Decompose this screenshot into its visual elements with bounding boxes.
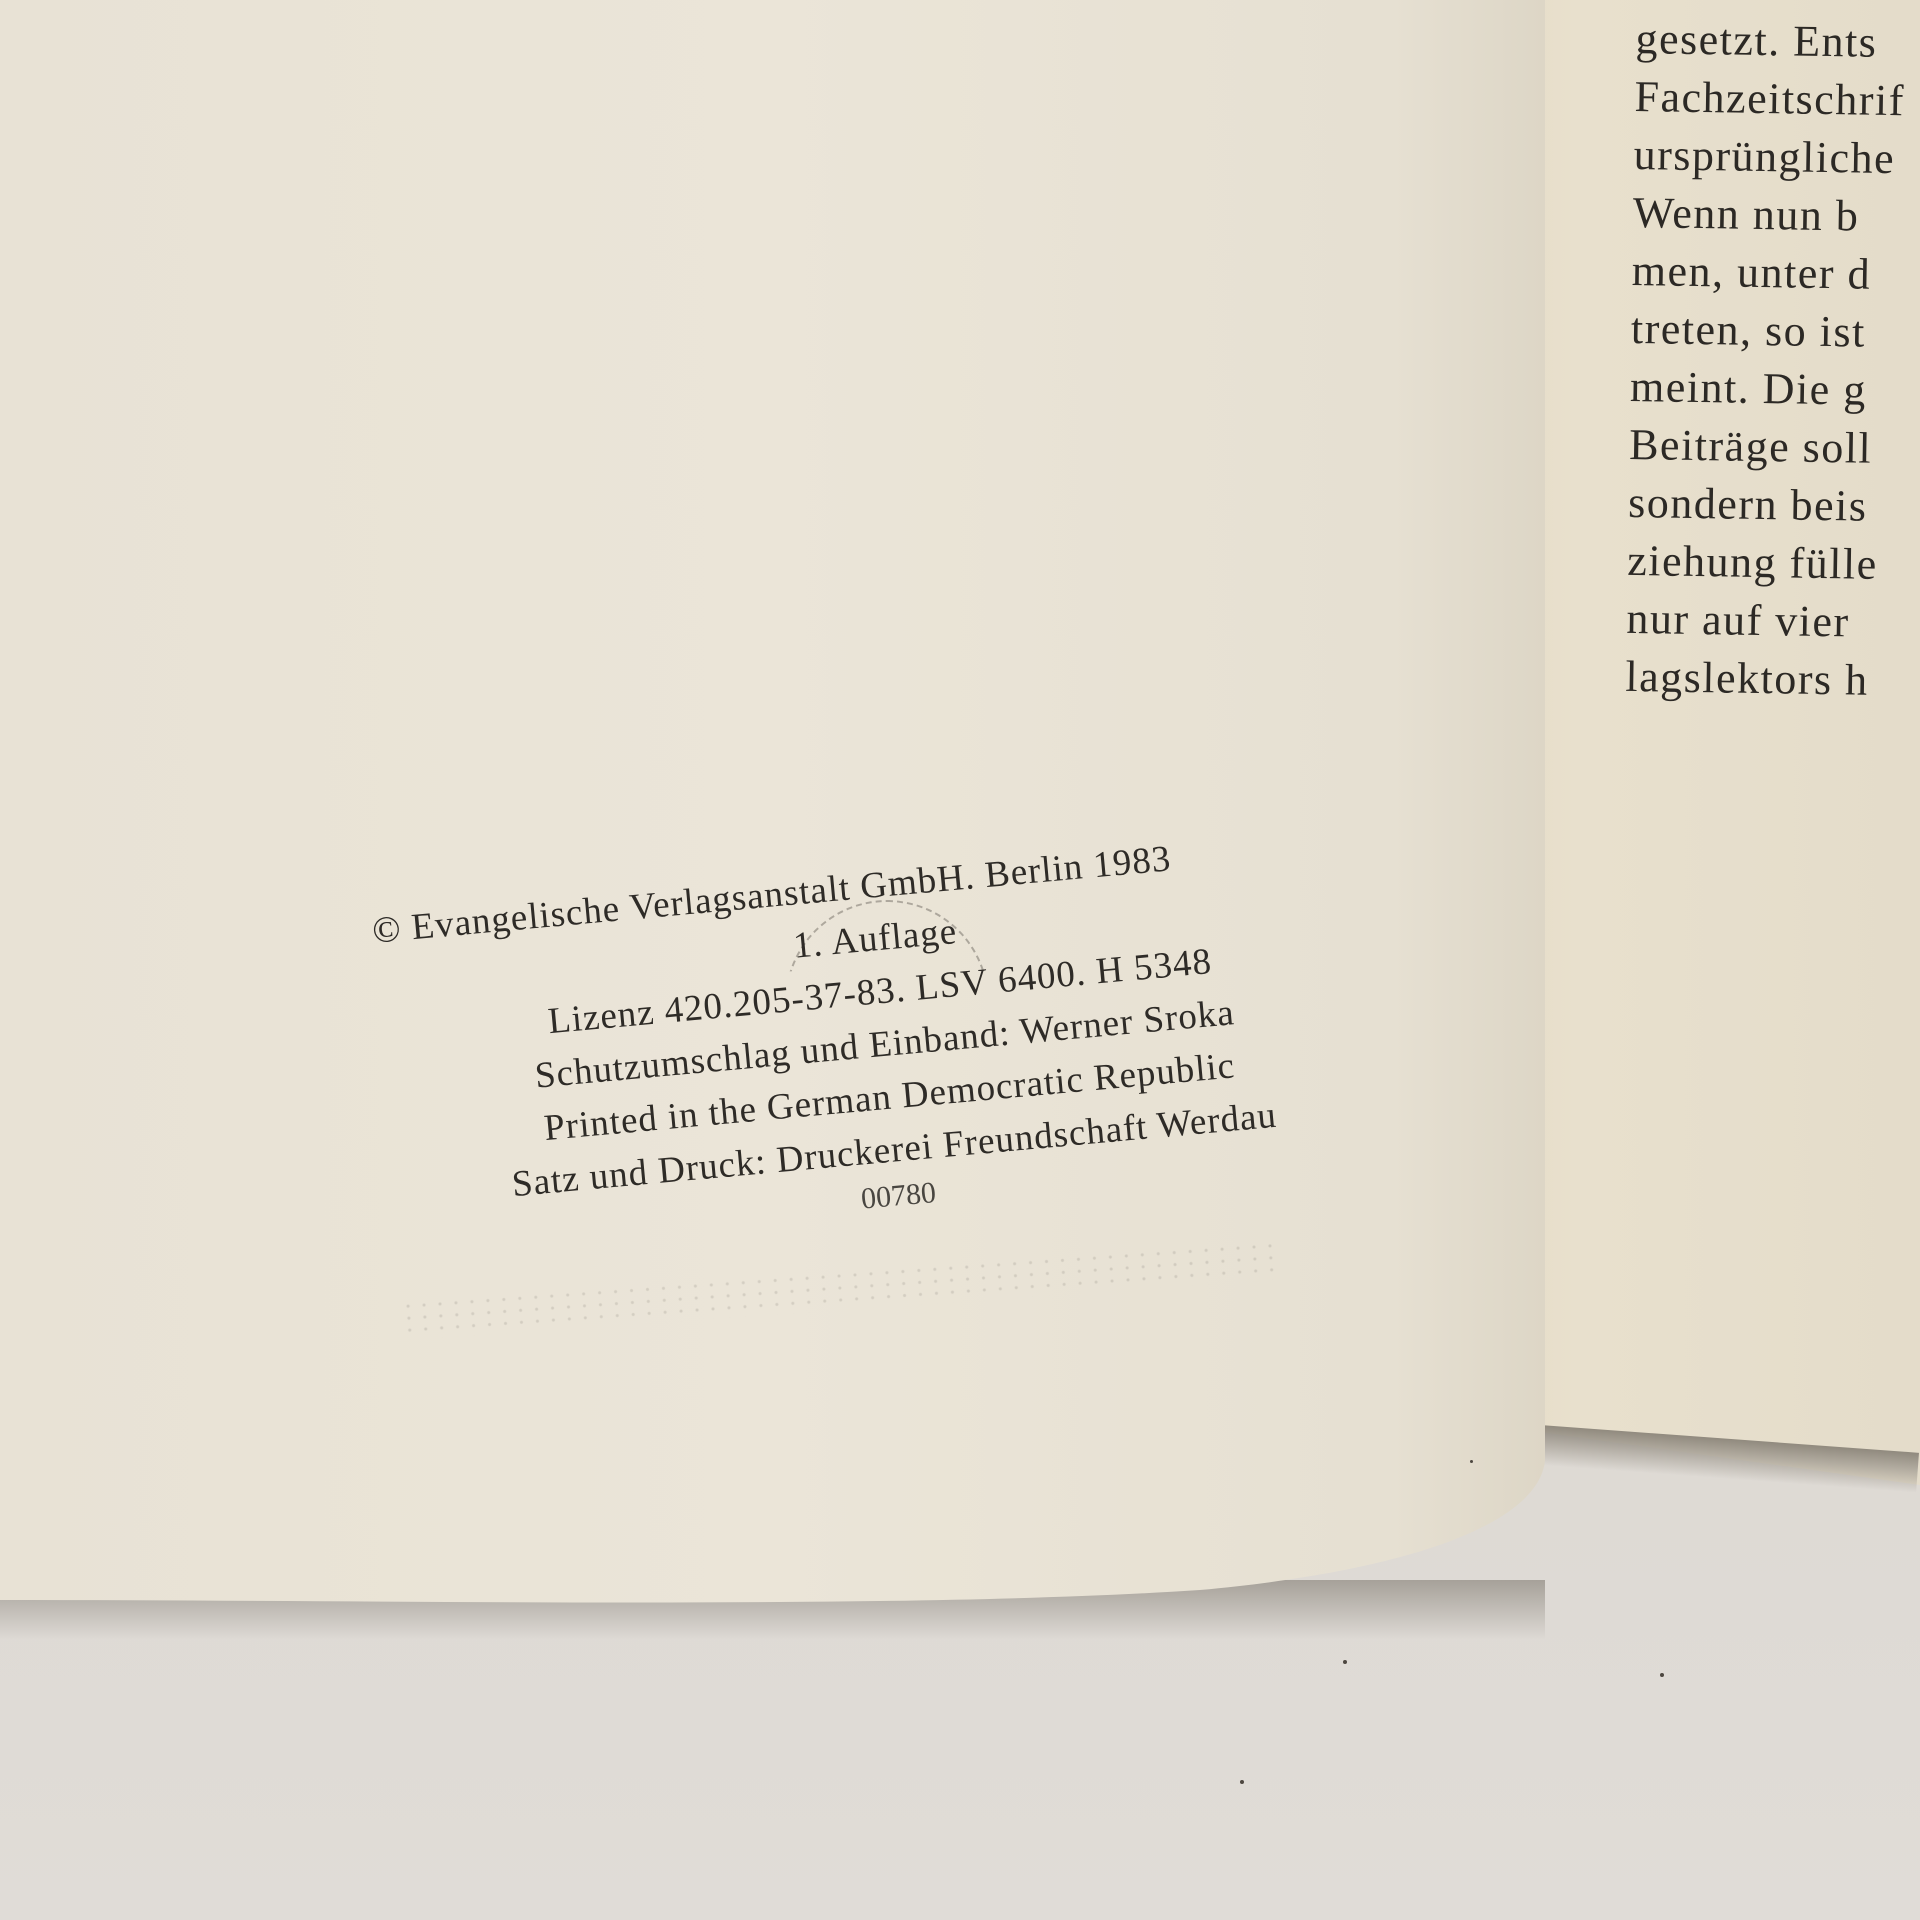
text-line: treten, so ist (1631, 300, 1920, 363)
text-line: nur auf vier (1626, 590, 1917, 653)
right-page-text: gesetzt. Ents Fachzeitschrif ursprünglic… (1625, 10, 1920, 710)
dust-speck (1660, 1673, 1664, 1677)
dust-speck (1470, 1460, 1473, 1463)
text-line: meint. Die g (1630, 358, 1920, 421)
text-line: gesetzt. Ents (1635, 10, 1920, 73)
left-page (0, 0, 1545, 1620)
text-line: Fachzeitschrif (1634, 68, 1920, 131)
dust-speck (1343, 1660, 1347, 1664)
text-line: ursprüngliche (1633, 126, 1920, 189)
dust-speck (1240, 1780, 1244, 1784)
text-line: Beiträge soll (1629, 416, 1920, 479)
text-line: ziehung fülle (1627, 532, 1918, 595)
text-line: sondern beis (1628, 474, 1919, 537)
text-line: men, unter d (1631, 242, 1920, 305)
text-line: Wenn nun b (1632, 184, 1920, 247)
text-line: lagslektors h (1625, 648, 1916, 711)
